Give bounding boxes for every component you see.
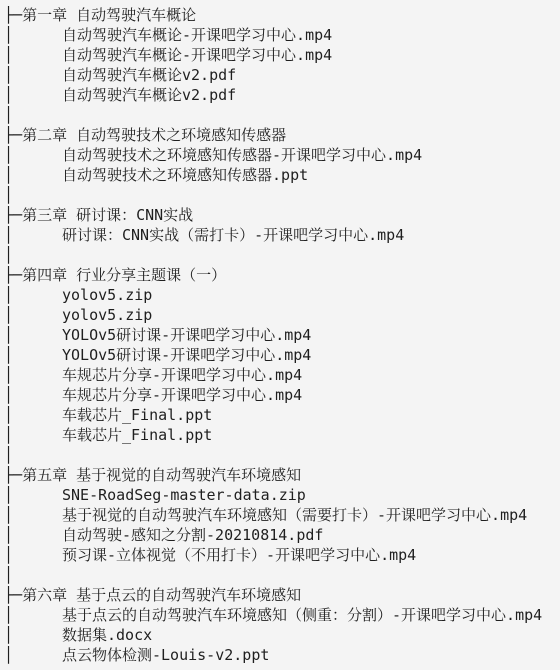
section-title: 第五章 基于视觉的自动驾驶汽车环境感知 <box>22 466 301 484</box>
file-row: │自动驾驶汽车概论v2.pdf <box>0 65 560 85</box>
tree-vertical-icon: │ <box>4 545 13 565</box>
tree-connector-row: │ <box>0 565 560 585</box>
tree-vertical-icon: │ <box>4 25 13 45</box>
tree-vertical-icon: │ <box>4 565 13 585</box>
section-title: 第三章 研讨课：CNN实战 <box>22 206 193 224</box>
section-title: 第四章 行业分享主题课（一） <box>22 266 226 284</box>
tree-vertical-icon: │ <box>4 365 13 385</box>
tree-vertical-icon: │ <box>4 505 13 525</box>
file-name: 点云物体检测-Louis-v2.ppt <box>62 645 269 665</box>
file-name: 自动驾驶技术之环境感知传感器.ppt <box>62 165 308 185</box>
tree-vertical-icon: │ <box>4 645 13 665</box>
file-row: │基于视觉的自动驾驶汽车环境感知（需要打卡）-开课吧学习中心.mp4 <box>0 505 560 525</box>
tree-vertical-icon: │ <box>4 485 13 505</box>
tree-vertical-icon: │ <box>4 345 13 365</box>
tree-connector-row: │ <box>0 105 560 125</box>
tree-vertical-icon: │ <box>4 45 13 65</box>
file-name: 车载芯片_Final.ppt <box>62 425 212 445</box>
section-header: ├─第六章 基于点云的自动驾驶汽车环境感知 <box>0 585 560 605</box>
section-header: ├─第一章 自动驾驶汽车概论 <box>0 5 560 25</box>
file-name: 自动驾驶-感知之分割-20210814.pdf <box>62 525 323 545</box>
tree-vertical-icon: │ <box>4 165 13 185</box>
section-title: 第二章 自动驾驶技术之环境感知传感器 <box>22 126 286 144</box>
tree-branch-icon: ├─ <box>4 5 22 25</box>
file-name: 基于点云的自动驾驶汽车环境感知（侧重：分割）-开课吧学习中心.mp4 <box>62 605 542 625</box>
tree-vertical-icon: │ <box>4 225 13 245</box>
file-row: │基于点云的自动驾驶汽车环境感知（侧重：分割）-开课吧学习中心.mp4 <box>0 605 560 625</box>
file-name: 自动驾驶汽车概论v2.pdf <box>62 65 236 85</box>
file-row: │自动驾驶汽车概论-开课吧学习中心.mp4 <box>0 45 560 65</box>
tree-vertical-icon: │ <box>4 325 13 345</box>
file-name: 自动驾驶技术之环境感知传感器-开课吧学习中心.mp4 <box>62 145 422 165</box>
tree-vertical-icon: │ <box>4 445 13 465</box>
file-row: │yolov5.zip <box>0 285 560 305</box>
tree-vertical-icon: │ <box>4 85 13 105</box>
file-row: │yolov5.zip <box>0 305 560 325</box>
file-name: 车载芯片_Final.ppt <box>62 405 212 425</box>
tree-branch-icon: ├─ <box>4 585 22 605</box>
file-row: │自动驾驶汽车概论-开课吧学习中心.mp4 <box>0 25 560 45</box>
tree-vertical-icon: │ <box>4 105 13 125</box>
tree-branch-icon: ├─ <box>4 125 22 145</box>
file-row: │自动驾驶汽车概论v2.pdf <box>0 85 560 105</box>
file-tree-listing: ├─第一章 自动驾驶汽车概论│自动驾驶汽车概论-开课吧学习中心.mp4│自动驾驶… <box>0 5 560 665</box>
tree-vertical-icon: │ <box>4 425 13 445</box>
file-row: │车载芯片_Final.ppt <box>0 405 560 425</box>
tree-vertical-icon: │ <box>4 605 13 625</box>
file-name: yolov5.zip <box>62 305 152 325</box>
file-row: │自动驾驶技术之环境感知传感器.ppt <box>0 165 560 185</box>
file-name: 基于视觉的自动驾驶汽车环境感知（需要打卡）-开课吧学习中心.mp4 <box>62 505 527 525</box>
file-name: 数据集.docx <box>62 625 152 645</box>
section-header: ├─第四章 行业分享主题课（一） <box>0 265 560 285</box>
tree-branch-icon: ├─ <box>4 465 22 485</box>
file-row: │车规芯片分享-开课吧学习中心.mp4 <box>0 385 560 405</box>
file-row: │YOLOv5研讨课-开课吧学习中心.mp4 <box>0 325 560 345</box>
tree-vertical-icon: │ <box>4 145 13 165</box>
section-title: 第一章 自动驾驶汽车概论 <box>22 6 196 24</box>
section-title: 第六章 基于点云的自动驾驶汽车环境感知 <box>22 586 301 604</box>
tree-vertical-icon: │ <box>4 245 13 265</box>
file-name: 自动驾驶汽车概论v2.pdf <box>62 85 236 105</box>
file-name: 预习课-立体视觉（不用打卡）-开课吧学习中心.mp4 <box>62 545 416 565</box>
file-name: SNE-RoadSeg-master-data.zip <box>62 485 306 505</box>
file-row: │预习课-立体视觉（不用打卡）-开课吧学习中心.mp4 <box>0 545 560 565</box>
file-row: │数据集.docx <box>0 625 560 645</box>
file-name: 车规芯片分享-开课吧学习中心.mp4 <box>62 385 302 405</box>
tree-connector-row: │ <box>0 445 560 465</box>
tree-vertical-icon: │ <box>4 185 13 205</box>
tree-vertical-icon: │ <box>4 305 13 325</box>
section-header: ├─第二章 自动驾驶技术之环境感知传感器 <box>0 125 560 145</box>
file-row: │SNE-RoadSeg-master-data.zip <box>0 485 560 505</box>
tree-vertical-icon: │ <box>4 385 13 405</box>
file-name: 自动驾驶汽车概论-开课吧学习中心.mp4 <box>62 45 332 65</box>
file-row: │YOLOv5研讨课-开课吧学习中心.mp4 <box>0 345 560 365</box>
section-header: ├─第五章 基于视觉的自动驾驶汽车环境感知 <box>0 465 560 485</box>
tree-branch-icon: ├─ <box>4 205 22 225</box>
tree-connector-row: │ <box>0 245 560 265</box>
file-row: │点云物体检测-Louis-v2.ppt <box>0 645 560 665</box>
file-row: │自动驾驶-感知之分割-20210814.pdf <box>0 525 560 545</box>
file-row: │自动驾驶技术之环境感知传感器-开课吧学习中心.mp4 <box>0 145 560 165</box>
file-row: │研讨课：CNN实战（需打卡）-开课吧学习中心.mp4 <box>0 225 560 245</box>
tree-vertical-icon: │ <box>4 65 13 85</box>
tree-branch-icon: ├─ <box>4 265 22 285</box>
file-name: YOLOv5研讨课-开课吧学习中心.mp4 <box>62 325 311 345</box>
file-name: yolov5.zip <box>62 285 152 305</box>
file-name: 自动驾驶汽车概论-开课吧学习中心.mp4 <box>62 25 332 45</box>
tree-vertical-icon: │ <box>4 625 13 645</box>
tree-vertical-icon: │ <box>4 525 13 545</box>
section-header: ├─第三章 研讨课：CNN实战 <box>0 205 560 225</box>
tree-connector-row: │ <box>0 185 560 205</box>
file-name: 车规芯片分享-开课吧学习中心.mp4 <box>62 365 302 385</box>
file-name: 研讨课：CNN实战（需打卡）-开课吧学习中心.mp4 <box>62 225 404 245</box>
file-row: │车载芯片_Final.ppt <box>0 425 560 445</box>
tree-vertical-icon: │ <box>4 405 13 425</box>
tree-vertical-icon: │ <box>4 285 13 305</box>
file-row: │车规芯片分享-开课吧学习中心.mp4 <box>0 365 560 385</box>
file-name: YOLOv5研讨课-开课吧学习中心.mp4 <box>62 345 311 365</box>
